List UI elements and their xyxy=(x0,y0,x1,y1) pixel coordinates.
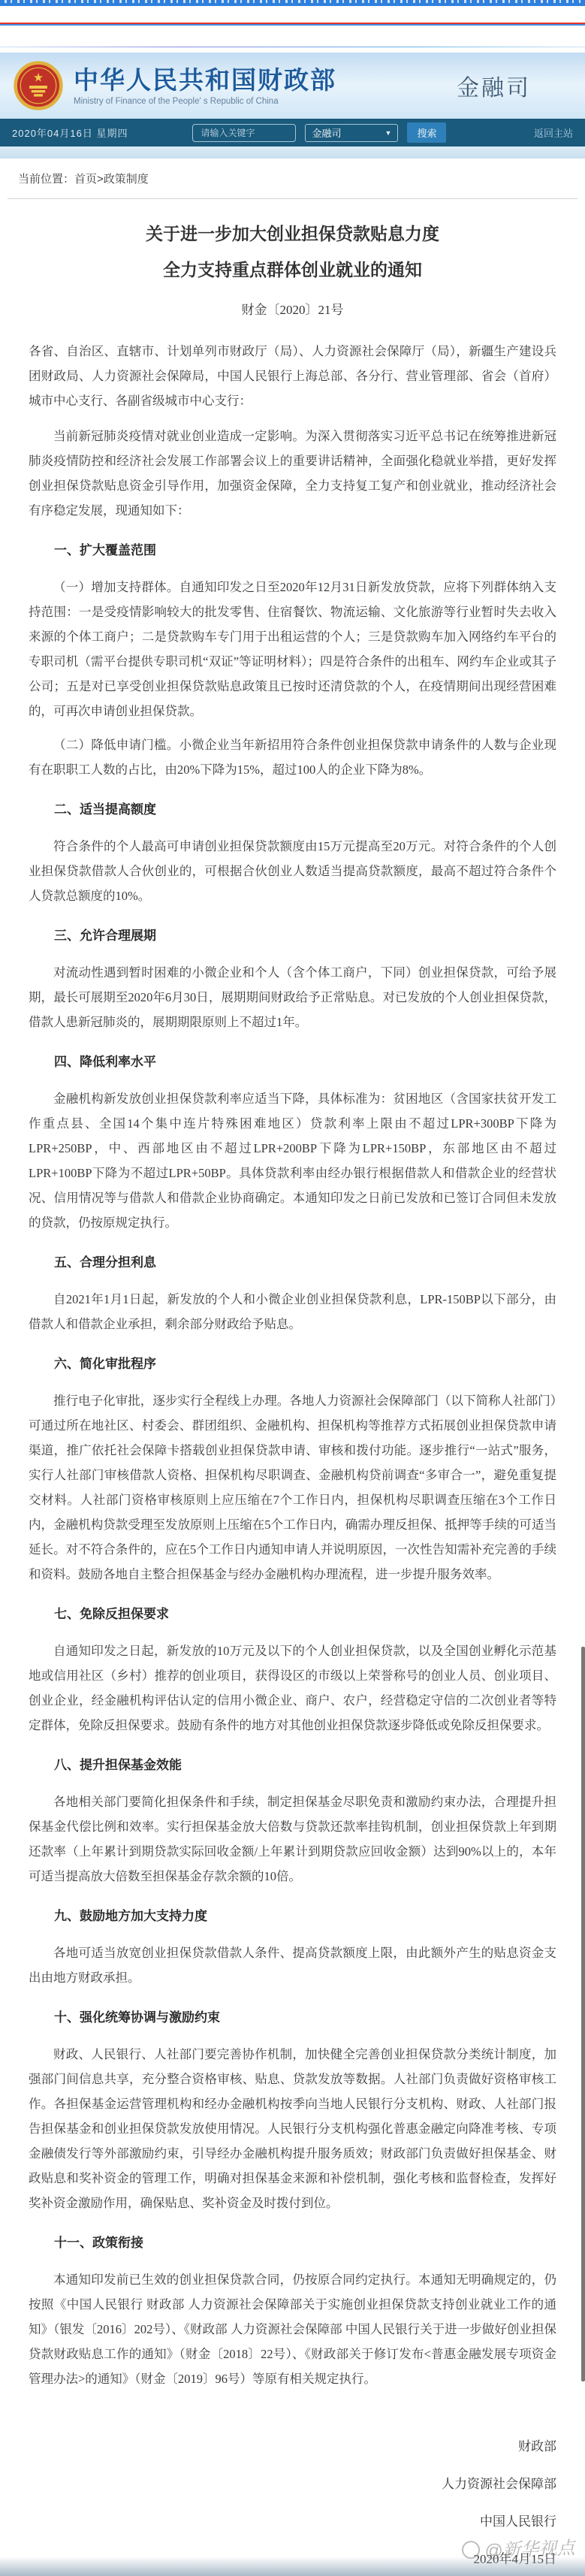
document-block: （二）降低申请门槛。小微企业当年新招用符合条件创业担保贷款申请条件的人数与企业现… xyxy=(29,732,556,782)
document-block: 二、适当提高额度 xyxy=(29,797,556,822)
scrollbar-thumb[interactable] xyxy=(581,1647,585,2381)
document-block: 金融机构新发放创业担保贷款利率应适当下降，具体标准为：贫困地区（含国家扶贫开发工… xyxy=(29,1086,556,1235)
svg-text:★: ★ xyxy=(33,72,44,85)
signatory: 人力资源社会保障部 xyxy=(442,2466,556,2503)
document-block: 财政、人民银行、人社部门要完善协作机制，加快健全完善创业担保贷款分类统计制度，加… xyxy=(29,2042,556,2215)
document-number: 财金〔2020〕21号 xyxy=(0,299,585,318)
site-name-english: Ministry of Finance of the People' s Rep… xyxy=(74,97,336,106)
site-name-chinese: 中华人民共和国财政部 xyxy=(74,66,336,95)
document-block: 十一、政策衔接 xyxy=(29,2230,556,2255)
document-block: 各省、自治区、直辖市、计划单列市财政厅（局）、人力资源社会保障厅（局），新疆生产… xyxy=(29,339,556,413)
document-block: 推行电子化审批，逐步实行全程线上办理。各地人力资源社会保障部门（以下简称人社部门… xyxy=(29,1388,556,1587)
document-block: 十、强化统筹协调与激励约束 xyxy=(29,2005,556,2030)
clipped-nav-text-fragments xyxy=(5,0,580,3)
document-block: 本通知印发前已生效的创业担保贷款合同，仍按原合同约定执行。本通知无明确规定的，仍… xyxy=(29,2267,556,2391)
document-block: 当前新冠肺炎疫情对就业创业造成一定影响。为深入贯彻落实习近平总书记在统筹推进新冠… xyxy=(29,424,556,523)
document-block: 对流动性遇到暂时困难的小微企业和个人（含个体工商户，下同）创业担保贷款，可给予展… xyxy=(29,960,556,1034)
document-block: （一）增加支持群体。自通知印发之日至2020年12月31日新发放贷款，应将下列群… xyxy=(29,575,556,723)
search-scope-value: 金融司 xyxy=(312,125,341,140)
document-block: 八、提升担保基金效能 xyxy=(29,1753,556,1777)
document-block: 四、降低利率水平 xyxy=(29,1049,556,1074)
breadcrumb-path[interactable]: 首页>政策制度 xyxy=(74,173,149,186)
document-block: 六、简化审批程序 xyxy=(29,1351,556,1376)
header-bottom-strip xyxy=(0,146,585,159)
breadcrumb-label: 当前位置： xyxy=(18,173,74,186)
document-block: 各地可适当放宽创业担保贷款借款人条件、提高贷款额度上限，由此额外产生的贴息资金支… xyxy=(29,1940,556,1990)
spacer xyxy=(0,26,585,47)
spacer xyxy=(0,6,585,23)
document-title: 关于进一步加大创业担保贷款贴息力度 全力支持重点群体创业就业的通知 xyxy=(0,216,585,288)
search-button[interactable]: 搜索 xyxy=(407,122,446,143)
document-title-line1: 关于进一步加大创业担保贷款贴息力度 xyxy=(0,216,585,252)
site-header: ★ 中华人民共和国财政部 Ministry of Finance of the … xyxy=(0,53,585,119)
document-body: 各省、自治区、直辖市、计划单列市财政厅（局）、人力资源社会保障厅（局），新疆生产… xyxy=(0,318,585,2391)
document-block: 九、鼓励地方加大支持力度 xyxy=(29,1904,556,1928)
current-date: 2020年04月16日 星期四 xyxy=(12,125,128,140)
top-browser-strip xyxy=(0,0,585,6)
horizontal-rule xyxy=(8,198,577,199)
document-title-line2: 全力支持重点群体创业就业的通知 xyxy=(0,252,585,288)
breadcrumb: 当前位置：首页>政策制度 xyxy=(0,159,585,192)
document-block: 符合条件的个人最高可申请创业担保贷款额度由15万元提高至20万元。对符合条件的个… xyxy=(29,834,556,908)
footer-gradient-band xyxy=(0,2556,585,2576)
search-toolbar: 2020年04月16日 星期四 金融司 ▼ 搜索 返回主站 xyxy=(0,119,585,146)
search-input[interactable] xyxy=(192,124,296,142)
document-block: 一、扩大覆盖范围 xyxy=(29,538,556,563)
document-block: 七、免除反担保要求 xyxy=(29,1602,556,1626)
document-block: 五、合理分担利息 xyxy=(29,1250,556,1275)
document-block: 三、允许合理展期 xyxy=(29,923,556,948)
document-block: 自2021年1月1日起，新发放的个人和小微企业创业担保贷款利息，LPR-150B… xyxy=(29,1287,556,1336)
national-emblem-logo: ★ xyxy=(14,61,63,110)
chevron-down-icon: ▼ xyxy=(385,129,392,137)
spacer xyxy=(0,47,585,53)
department-name: 金融司 xyxy=(457,69,531,102)
document-block: 自通知印发之日起，新发放的10万元及以下的个人创业担保贷款，以及全国创业孵化示范… xyxy=(29,1638,556,1738)
document-block: 各地相关部门要简化担保条件和手续，制定担保基金尽职免责和激励约束办法，合理提升担… xyxy=(29,1789,556,1889)
site-title: 中华人民共和国财政部 Ministry of Finance of the Pe… xyxy=(74,66,336,106)
mof-webpage: ★ 中华人民共和国财政部 Ministry of Finance of the … xyxy=(0,0,585,2576)
signatory: 财政部 xyxy=(442,2428,556,2466)
search-scope-select[interactable]: 金融司 ▼ xyxy=(305,124,398,142)
return-main-site-link[interactable]: 返回主站 xyxy=(534,125,573,140)
